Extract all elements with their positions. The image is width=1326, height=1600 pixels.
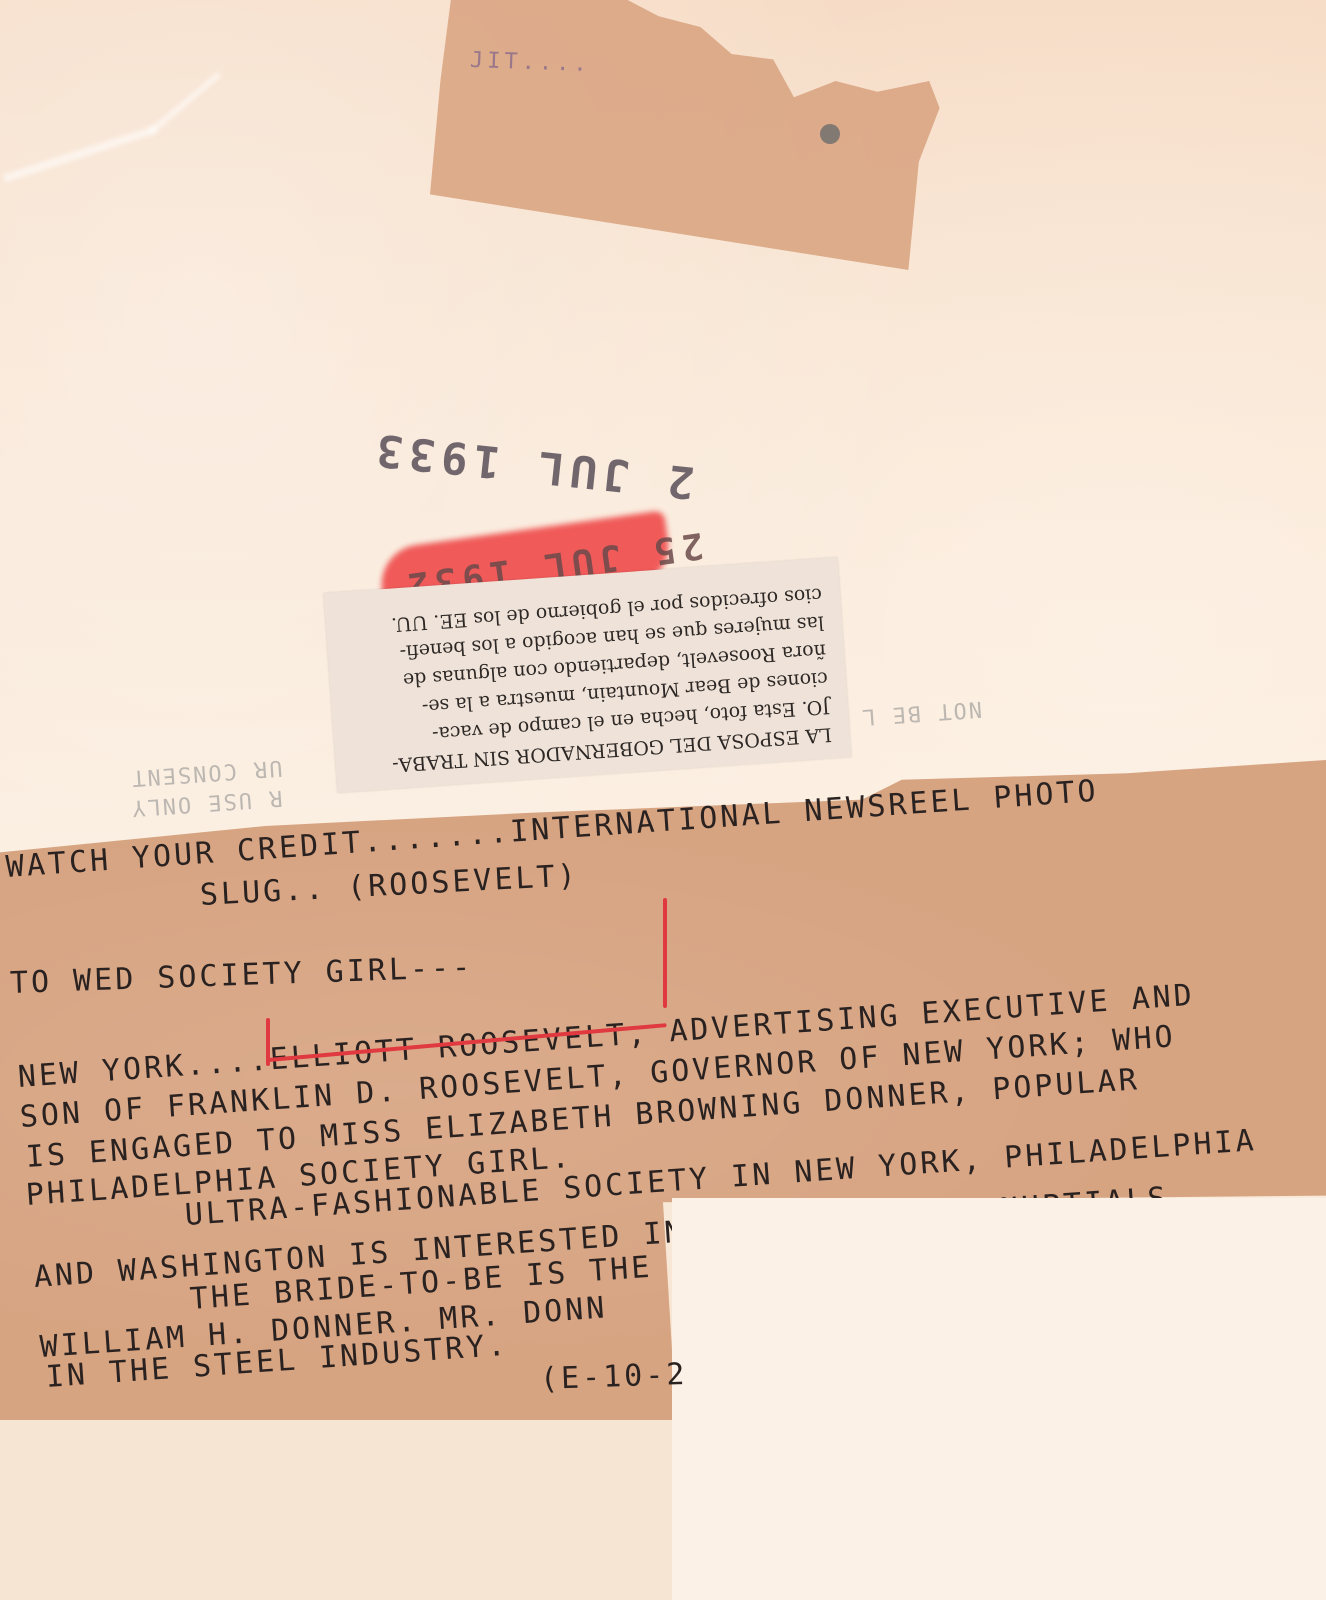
- clipping-text: LA ESPOSA DEL GOBERNADOR SIN TRABA- JO. …: [342, 569, 832, 782]
- ink-spot: [820, 124, 840, 144]
- red-pencil-mark: [663, 898, 667, 1008]
- tape-label: JIT....: [470, 48, 592, 77]
- caption-code: (E-10-2: [539, 1357, 688, 1397]
- spanish-newspaper-clipping: LA ESPOSA DEL GOBERNADOR SIN TRABA- JO. …: [324, 557, 852, 792]
- pasted-white-paper: [672, 1198, 1326, 1600]
- paper-margin: [0, 1420, 672, 1600]
